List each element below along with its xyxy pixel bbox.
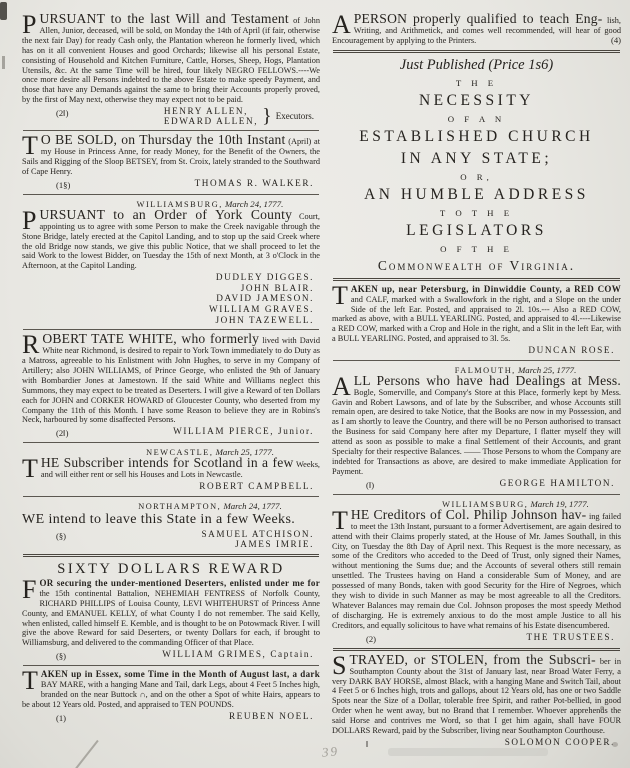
dropcap: T — [22, 458, 41, 479]
divider-rule — [333, 50, 620, 53]
ad-opening: AKEN up in Essex, some Time in the Month… — [41, 669, 320, 679]
ad-text: ROBERT TATE WHITE, who formerly lived wi… — [22, 334, 320, 425]
ad-body: BAY MARE, with a hanging Mane and Tail, … — [22, 680, 320, 709]
title-line: T O T H E — [332, 208, 621, 218]
ad-deserters-white: ROBERT TATE WHITE, who formerly lived wi… — [22, 334, 320, 438]
ad-body: Bogle, Somerville, and Company's Store a… — [332, 388, 621, 476]
signatures: WILLIAM PIERCE, Junior. — [173, 426, 314, 437]
ink-smudge — [0, 2, 7, 20]
ad-book-announcement: Just Published (Price 1s6) T H E NECESSI… — [332, 57, 621, 274]
title-line: T H E — [332, 78, 621, 88]
ad-allen-estate: PURSUANT to the last Will and Testament … — [22, 14, 320, 126]
ad-body: ing failed to meet the 13th Instant, pur… — [332, 512, 621, 630]
divider-rule — [333, 360, 620, 361]
dateline-date: March 24, 1777. — [223, 501, 281, 511]
divider-rule — [333, 648, 620, 651]
signature: THE TRUSTEES. — [526, 632, 615, 643]
ad-opening: OR securing the under-mentioned Deserter… — [39, 578, 320, 588]
signature: WILLIAM GRIMES, Captain. — [162, 649, 314, 660]
signature: JOHN BLAIR. — [209, 283, 314, 294]
ad-teacher-wanted: APERSON properly qualified to teach Eng-… — [332, 14, 621, 46]
dropcap: T — [22, 670, 41, 691]
ad-store-accounts: FALMOUTH, March 25, 1777. ALL Persons wh… — [332, 365, 621, 490]
ad-mark: (1§) — [56, 178, 70, 190]
signature-row: (2‖) WILLIAM PIERCE, Junior. — [22, 426, 320, 438]
dropcap: P — [22, 14, 39, 35]
dropcap: A — [332, 14, 354, 35]
signatures: THE TRUSTEES. — [526, 632, 615, 643]
ad-body: ber in Southampton County about the 31st… — [332, 657, 621, 735]
ad-mark: (2) — [366, 632, 376, 644]
divider-rule — [23, 665, 319, 666]
signature-row: (2‖) HENRY ALLEN, EDWARD ALLEN, } Execut… — [22, 106, 320, 126]
signatures: REUBEN NOEL. — [229, 711, 314, 722]
ad-mark: (§) — [56, 649, 66, 661]
title-line: O F T H E — [332, 244, 621, 254]
signature-role: Executors. — [276, 111, 314, 121]
dropcap: F — [22, 579, 39, 600]
signatures: DUNCAN ROSE. — [528, 345, 615, 356]
ad-text: TAKEN up in Essex, some Time in the Mont… — [22, 670, 320, 710]
ad-body: lived with David White near Richmond, is… — [22, 336, 320, 424]
signature-row: DUDLEY DIGGES. JOHN BLAIR. DAVID JAMESON… — [22, 272, 320, 325]
title-line: Commonwealth of Virginia. — [332, 258, 621, 274]
signature: GEORGE HAMILTON. — [500, 478, 615, 489]
signatures: THOMAS R. WALKER. — [195, 178, 314, 189]
ad-stray-cattle: TAKEN up, near Petersburg, in Dinwiddie … — [332, 285, 621, 356]
ad-mark: (1) — [56, 711, 66, 723]
title-line: O F A N — [332, 114, 621, 124]
ad-opening: URSUANT to an Order of York County — [39, 207, 292, 222]
scratch-mark — [71, 740, 98, 768]
paper-speck — [612, 742, 618, 747]
signature-row: (1§) THOMAS R. WALKER. — [22, 178, 320, 190]
paper-speck — [600, 706, 604, 710]
signature-row: (§) SAMUEL ATCHISON. JAMES IMRIE. — [22, 529, 320, 550]
divider-rule — [333, 494, 620, 495]
divider-rule — [333, 278, 620, 281]
signature: DAVID JAMESON. — [209, 293, 314, 304]
ad-mark: (§) — [56, 529, 66, 541]
ad-bay-mare: TAKEN up in Essex, some Time in the Mont… — [22, 670, 320, 723]
signature-row: (1) REUBEN NOEL. — [22, 711, 320, 723]
signature: SAMUEL ATCHISON. — [201, 529, 314, 540]
signatures: HENRY ALLEN, EDWARD ALLEN, — [164, 106, 258, 126]
ad-mark: ‖ — [366, 737, 368, 749]
ad-mark: (‖) — [366, 478, 374, 490]
ad-opening: OBERT TATE WHITE, who formerly — [42, 331, 259, 346]
signature-row: (§) WILLIAM GRIMES, Captain. — [22, 649, 320, 661]
dropcap: A — [332, 376, 354, 397]
signature: JOHN TAZEWELL. — [209, 315, 314, 326]
title-line: ESTABLISHED CHURCH — [332, 128, 621, 146]
ad-sixty-dollars-reward: SIXTY DOLLARS REWARD FOR securing the un… — [22, 561, 320, 661]
divider-rule — [23, 194, 319, 195]
dropcap: T — [22, 135, 41, 156]
ad-johnson-creditors: WILLIAMSBURG, March 19, 1777. THE Credit… — [332, 499, 621, 644]
title-line: IN ANY STATE; — [332, 150, 621, 168]
signature: DUDLEY DIGGES. — [209, 272, 314, 283]
signatures: DUDLEY DIGGES. JOHN BLAIR. DAVID JAMESON… — [209, 272, 314, 325]
dateline: NORTHAMPTON, March 24, 1777. — [22, 501, 320, 511]
title-line: LEGISLATORS — [332, 222, 621, 240]
ad-heading: SIXTY DOLLARS REWARD — [22, 561, 320, 578]
ad-opening: TRAYED, or STOLEN, from the Subscri- — [349, 652, 595, 667]
ad-text: PURSUANT to the last Will and Testament … — [22, 14, 320, 105]
ad-body: of John Allen, Junior, deceased, will be… — [22, 16, 320, 104]
ad-text: APERSON properly qualified to teach Eng-… — [332, 14, 621, 46]
signature-row: (‖) GEORGE HAMILTON. — [332, 478, 621, 490]
ad-leaving-state: NORTHAMPTON, March 24, 1777. WE intend t… — [22, 501, 320, 550]
signature: JAMES IMRIE. — [201, 539, 314, 550]
ad-opening: PERSON properly qualified to teach Eng- — [354, 11, 603, 26]
signature-row: DUNCAN ROSE. — [332, 345, 621, 356]
dropcap: T — [332, 510, 351, 531]
ad-mark: (4) — [605, 36, 621, 46]
signature: HENRY ALLEN, — [164, 106, 258, 116]
ad-sloop-betsey: TO BE SOLD, on Thursday the 10th Instant… — [22, 135, 320, 190]
dropcap: T — [332, 285, 351, 306]
ad-mark: (2‖) — [56, 106, 68, 118]
ad-scotland: NEWCASTLE, March 25, 1777. THE Subscribe… — [22, 447, 320, 491]
ad-text: TAKEN up, near Petersburg, in Dinwiddie … — [332, 285, 621, 344]
signatures: ROBERT CAMPBELL. — [199, 481, 314, 492]
signature: EDWARD ALLEN, — [164, 116, 258, 126]
signatures: GEORGE HAMILTON. — [500, 478, 615, 489]
signature: ROBERT CAMPBELL. — [199, 481, 314, 492]
title-line: AN HUMBLE ADDRESS — [332, 186, 621, 204]
divider-rule — [23, 130, 319, 131]
signature: WILLIAM PIERCE, Junior. — [173, 426, 314, 437]
ad-opening: O BE SOLD, on Thursday the 10th Instant — [41, 132, 286, 147]
executors-group: HENRY ALLEN, EDWARD ALLEN, } Executors. — [164, 106, 314, 126]
signature: REUBEN NOEL. — [229, 711, 314, 722]
signature-row: (2) THE TRUSTEES. — [332, 632, 621, 644]
ad-opening: AKEN up, near Petersburg, in Dinwiddie C… — [351, 284, 621, 294]
dateline-place: NORTHAMPTON, — [138, 502, 221, 511]
signature: THOMAS R. WALKER. — [195, 178, 314, 189]
signature-row: ROBERT CAMPBELL. — [22, 481, 320, 492]
ad-text: FOR securing the under-mentioned Deserte… — [22, 579, 320, 648]
ad-opening: WE intend to leave this State in a few W… — [22, 512, 320, 528]
dropcap: S — [332, 655, 349, 676]
signature: SOLOMON COOPER. — [505, 737, 615, 748]
ad-strayed-horse: STRAYED, or STOLEN, from the Subscri- be… — [332, 655, 621, 749]
ad-body: and CALF, marked with a Swallowfork in t… — [332, 295, 621, 344]
signatures: SOLOMON COOPER. — [505, 737, 615, 748]
ad-text: STRAYED, or STOLEN, from the Subscri- be… — [332, 655, 621, 736]
brace-glyph: } — [262, 106, 272, 126]
right-column: APERSON properly qualified to teach Eng-… — [332, 14, 621, 751]
ad-body: the 15th continental Battalion, NEHEMIAH… — [22, 589, 320, 648]
handwritten-page-number: 39 — [321, 743, 339, 760]
signature: DUNCAN ROSE. — [528, 345, 615, 356]
ad-mark: (2‖) — [56, 426, 68, 438]
imprint-line: Just Published (Price 1s6) — [332, 57, 621, 74]
title-line: O R, — [332, 172, 621, 182]
ad-opening: HE Creditors of Col. Philip Johnson hav- — [351, 507, 587, 522]
ink-smudge — [2, 56, 5, 69]
dropcap: R — [22, 334, 42, 355]
ad-text: TO BE SOLD, on Thursday the 10th Instant… — [22, 135, 320, 177]
bleed-through-text — [388, 748, 548, 756]
ad-text: THE Creditors of Col. Philip Johnson hav… — [332, 510, 621, 631]
ad-opening: URSUANT to the last Will and Testament — [39, 11, 288, 26]
ad-opening: LL Persons who have had Dealings at Mess… — [354, 373, 621, 388]
ad-text: THE Subscriber intends for Scotland in a… — [22, 458, 320, 480]
ad-opening: HE Subscriber intends for Scotland in a … — [41, 455, 294, 470]
left-column: PURSUANT to the last Will and Testament … — [22, 14, 320, 725]
dropcap: P — [22, 210, 39, 231]
newspaper-page: PURSUANT to the last Will and Testament … — [0, 0, 630, 768]
divider-rule — [23, 496, 319, 497]
ad-text: PURSUANT to an Order of York County Cour… — [22, 210, 320, 271]
title-line: NECESSITY — [332, 92, 621, 110]
ad-york-county-order: WILLIAMSBURG, March 24, 1777. PURSUANT t… — [22, 199, 320, 325]
signatures: WILLIAM GRIMES, Captain. — [162, 649, 314, 660]
ad-text: ALL Persons who have had Dealings at Mes… — [332, 376, 621, 477]
signature: WILLIAM GRAVES. — [209, 304, 314, 315]
divider-rule — [23, 554, 319, 557]
divider-rule — [23, 442, 319, 443]
signatures: SAMUEL ATCHISON. JAMES IMRIE. — [201, 529, 314, 550]
